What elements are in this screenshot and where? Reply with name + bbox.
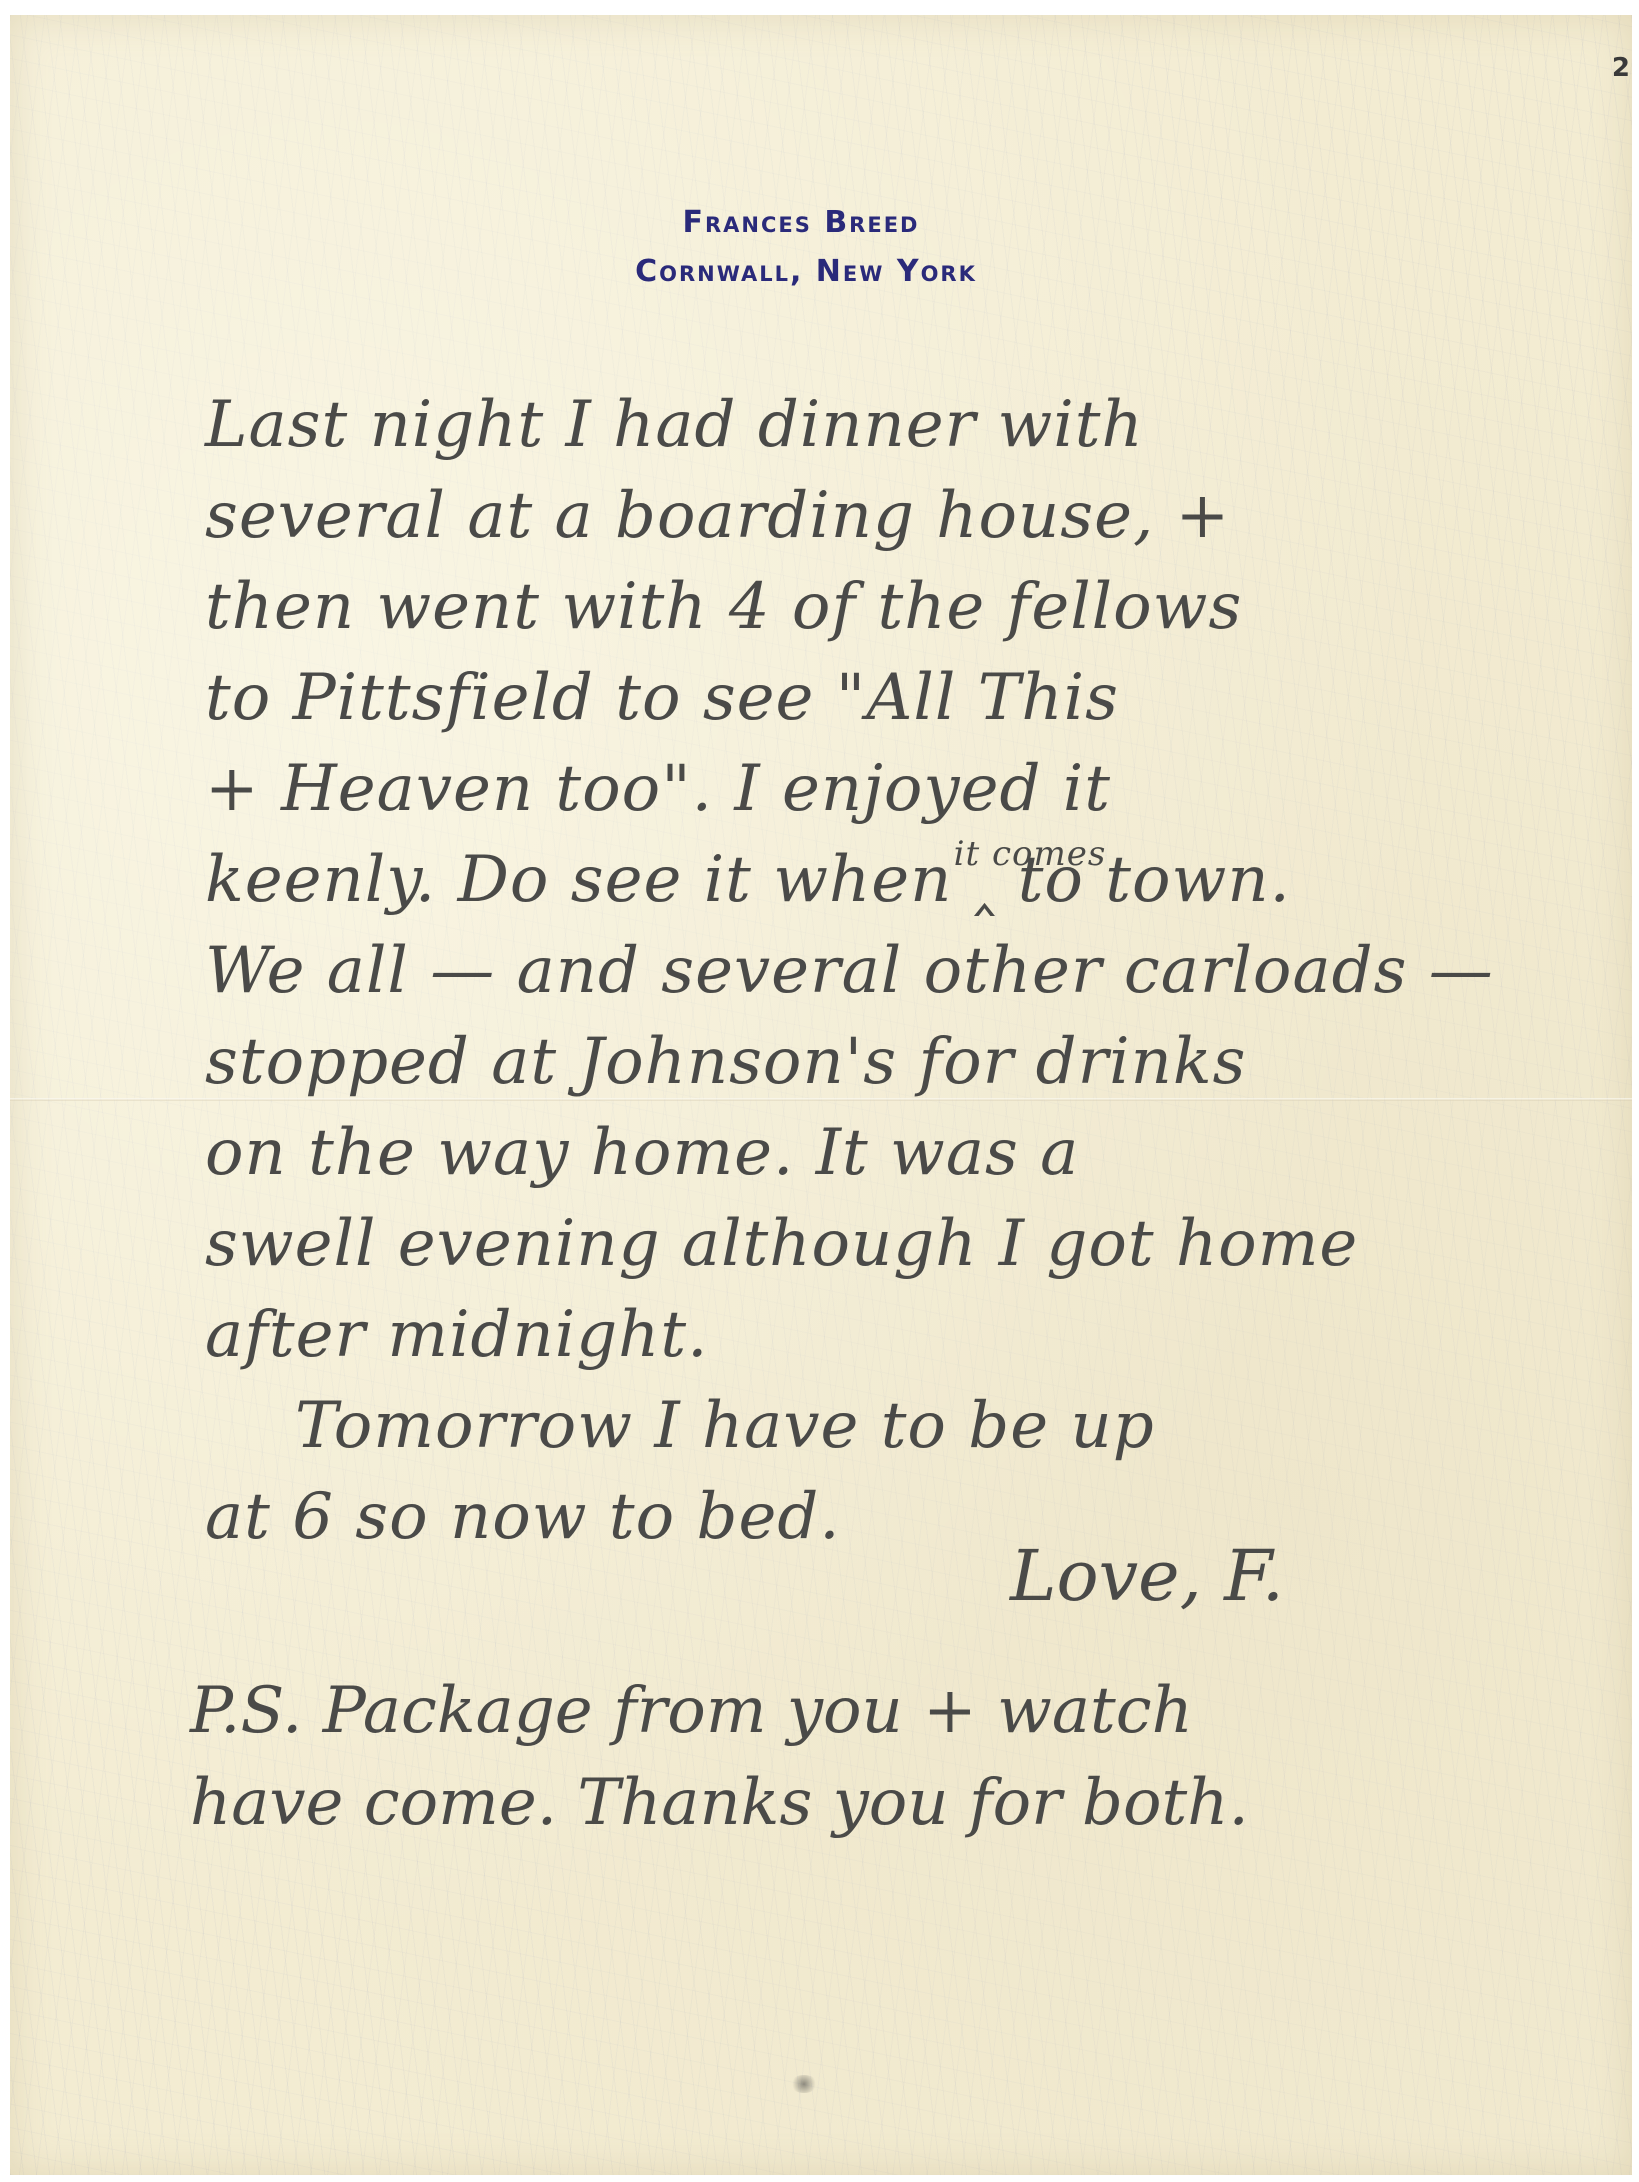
letter-page: 2 Frances Breed Cornwall, New York Last …: [10, 15, 1632, 2175]
body-line: Last night I had dinner with: [205, 380, 1585, 471]
body-line: to Pittsfield to see "All This: [205, 653, 1585, 744]
body-line: We all — and several other carloads —: [205, 926, 1585, 1017]
ink-smudge: [790, 2075, 818, 2093]
body-line-part-before: keenly. Do see it when: [205, 843, 952, 917]
body-line: after midnight.: [205, 1290, 1585, 1381]
body-line: then went with 4 of the fellows: [205, 562, 1585, 653]
page-number: 2: [1612, 53, 1630, 83]
caret-insertion: it comes‸: [974, 843, 1018, 917]
body-line: swell evening although I got home: [205, 1199, 1585, 1290]
closing-signature: Love, F.: [1010, 1535, 1284, 1617]
body-line: Tomorrow I have to be up: [205, 1381, 1585, 1472]
inserted-text: it comes: [954, 809, 1107, 900]
body-line: on the way home. It was a: [205, 1108, 1585, 1199]
letter-body: Last night I had dinner with several at …: [205, 380, 1585, 1563]
body-line: several at a boarding house, +: [205, 471, 1585, 562]
letterhead-address: Cornwall, New York: [0, 254, 1632, 289]
postscript-line: have come. Thanks you for both.: [190, 1757, 1249, 1849]
postscript-line: P.S. Package from you + watch: [190, 1665, 1249, 1757]
body-line: + Heaven too". I enjoyed it: [205, 744, 1585, 835]
body-line-with-insertion: keenly. Do see it when it comes‸ to town…: [205, 835, 1585, 926]
letterhead: Frances Breed Cornwall, New York: [10, 205, 1632, 289]
postscript: P.S. Package from you + watch have come.…: [190, 1665, 1249, 1849]
body-line: stopped at Johnson's for drinks: [205, 1017, 1585, 1108]
body-line: at 6 so now to bed.: [205, 1472, 1585, 1563]
letterhead-name: Frances Breed: [0, 205, 1632, 240]
